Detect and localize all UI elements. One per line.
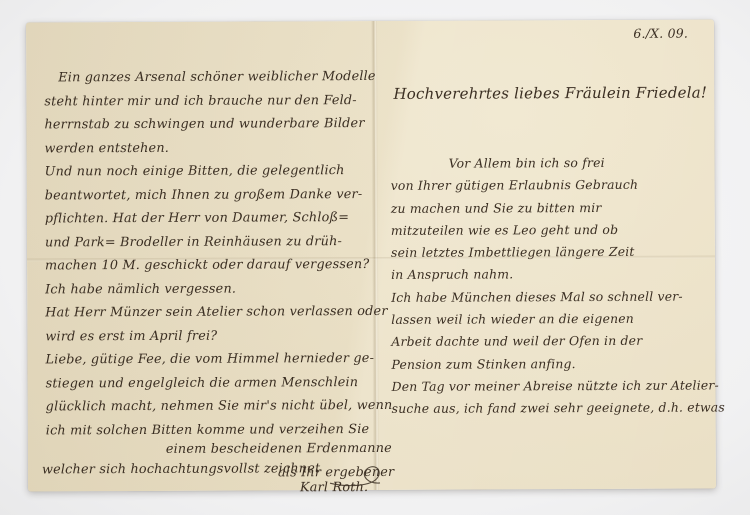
handwriting-line: Pension zum Stinken anfing. [391,352,721,376]
handwriting-line: herrnstab zu schwingen und wunderbare Bi… [44,112,378,137]
handwriting-line: ich mit solchen Bitten komme und verzeih… [46,417,380,442]
handwriting-line: steht hinter mir und ich brauche nur den… [44,88,378,113]
handwriting-line: stiegen und engelgleich die armen Mensch… [46,370,380,395]
handwriting-line: von Ihrer gütigen Erlaubnis Gebrauch [391,174,721,198]
handwriting-line: Den Tag vor meiner Abreise nützte ich zu… [392,374,722,398]
handwriting-line: mitzuteilen wie es Leo geht und ob [391,218,721,242]
handwriting-line: Hat Herr Münzer sein Atelier schon verla… [45,300,379,325]
letter-page-left: Ein ganzes Arsenal schöner weiblicher Mo… [44,65,380,442]
closing-line: einem bescheidenen Erdenmanne [166,441,392,457]
handwriting-line: pflichten. Hat der Herr von Daumer, Schl… [45,206,379,231]
letter-page-right: Vor Allem bin ich so frei von Ihrer güti… [391,151,722,420]
handwriting-line: sein letztes Imbettliegen längere Zeit [391,241,721,265]
valediction: als Ihr ergebener [278,465,394,481]
handwriting-line: lassen weil ich wieder an die eigenen [391,308,721,332]
handwriting-line: und Park= Brodeller in Reinhäusen zu drü… [45,229,379,254]
handwriting-line: glücklich macht, nehmen Sie mir's nicht … [46,394,380,419]
letter-photograph: Ein ganzes Arsenal schöner weiblicher Mo… [0,0,750,515]
handwriting-line: Ich habe nämlich vergessen. [45,276,379,301]
handwriting-line: suche aus, ich fand zwei sehr geeignete,… [392,397,722,421]
signature: Karl Roth. [300,480,368,495]
handwriting-line: in Anspruch nahm. [391,263,721,287]
handwriting-line: Ein ganzes Arsenal schöner weiblicher Mo… [44,65,378,90]
handwriting-line: machen 10 M. geschickt oder darauf verge… [45,253,379,278]
letter-salutation: Hochverehrtes liebes Fräulein Friedela! [384,83,716,102]
handwriting-line: wird es erst im April frei? [45,323,379,348]
handwriting-line: Vor Allem bin ich so frei [391,151,721,175]
handwriting-line: Ich habe München dieses Mal so schnell v… [391,285,721,309]
letter-sheet: Ein ganzes Arsenal schöner weiblicher Mo… [26,20,716,492]
handwriting-line: beantwortet, mich Ihnen zu großem Danke … [45,182,379,207]
handwriting-line: Und nun noch einige Bitten, die gelegent… [45,159,379,184]
handwriting-line: Arbeit dachte und weil der Ofen in der [391,330,721,354]
handwriting-line: zu machen und Sie zu bitten mir [391,196,721,220]
handwriting-line: Liebe, gütige Fee, die vom Himmel hernie… [45,347,379,372]
letter-date: 6./X. 09. [633,26,688,41]
handwriting-line: werden entstehen. [44,135,378,160]
